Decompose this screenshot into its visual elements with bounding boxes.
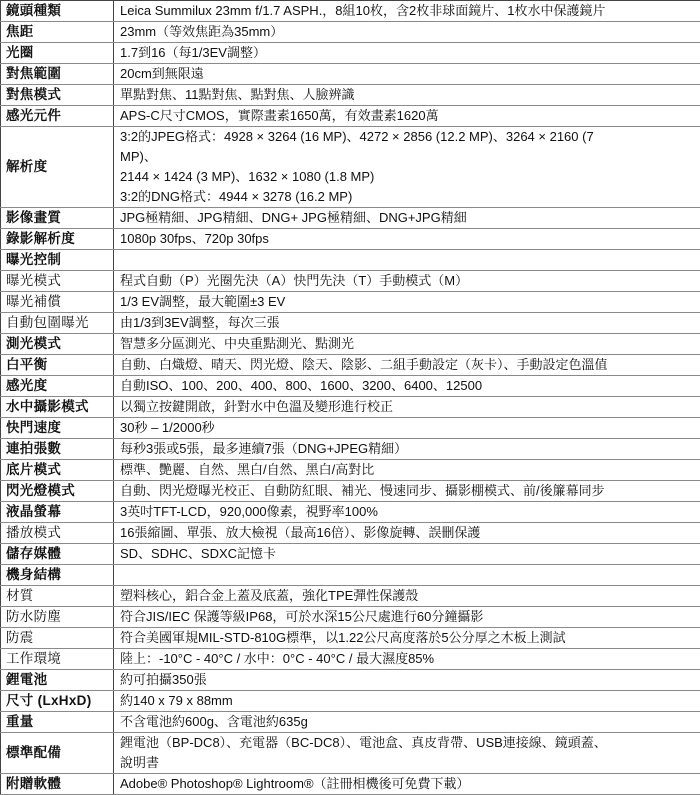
spec-value-line: 1/3 EV調整，最大範圍±3 EV <box>120 292 697 312</box>
spec-value: 符合美國軍規MIL-STD-810G標準，以1.22公尺高度落於5公分厚之木板上… <box>114 628 700 649</box>
spec-value-line: 20cm到無限遠 <box>120 64 697 84</box>
spec-row: 標準配備 鋰電池（BP-DC8）、充電器（BC-DC8）、電池盒、真皮背帶、US… <box>1 733 700 774</box>
spec-value-line: 1080p 30fps、720p 30fps <box>120 229 697 249</box>
spec-label: 液晶螢幕 <box>1 502 114 523</box>
spec-label: 自動包圍曝光 <box>1 313 114 334</box>
spec-row: 感光度 自動ISO、100、200、400、800、1600、3200、6400… <box>1 376 700 397</box>
spec-value: 鋰電池（BP-DC8）、充電器（BC-DC8）、電池盒、真皮背帶、USB連接線、… <box>114 733 700 774</box>
spec-label: 快門速度 <box>1 418 114 439</box>
spec-value-line: 智慧多分區測光、中央重點測光、點測光 <box>120 334 697 354</box>
spec-value-line: 2144 × 1424 (3 MP)、1632 × 1080 (1.8 MP) <box>120 167 697 187</box>
spec-label: 尺寸 (LxHxD) <box>1 691 114 712</box>
spec-row: 對焦模式 單點對焦、11點對焦、點對焦、人臉辨識 <box>1 85 700 106</box>
spec-label: 曝光補償 <box>1 292 114 313</box>
spec-row: 快門速度 30秒 – 1/2000秒 <box>1 418 700 439</box>
spec-row: 影像畫質 JPG極精細、JPG精細、DNG+ JPG極精細、DNG+JPG精細 <box>1 208 700 229</box>
spec-value: 陸上：-10°C - 40°C / 水中：0°C - 40°C / 最大濕度85… <box>114 649 700 670</box>
spec-label: 播放模式 <box>1 523 114 544</box>
spec-row: 鋰電池 約可拍攝350張 <box>1 670 700 691</box>
spec-value-line: 每秒3張或5張，最多連續7張（DNG+JPEG精細） <box>120 439 697 459</box>
spec-row: 曝光補償 1/3 EV調整，最大範圍±3 EV <box>1 292 700 313</box>
spec-value: JPG極精細、JPG精細、DNG+ JPG極精細、DNG+JPG精細 <box>114 208 700 229</box>
spec-row: 儲存媒體 SD、SDHC、SDXC記憶卡 <box>1 544 700 565</box>
spec-value-line: 3英吋TFT-LCD，920,000像素，視野率100% <box>120 502 697 522</box>
spec-value: 不含電池約600g、含電池約635g <box>114 712 700 733</box>
spec-table: 鏡頭種類 Leica Summilux 23mm f/1.7 ASPH.，8組1… <box>0 0 700 777</box>
spec-value: 23mm（等效焦距為35mm） <box>114 22 700 43</box>
spec-label: 標準配備 <box>1 733 114 774</box>
spec-row: 解析度 3:2的JPEG格式：4928 × 3264 (16 MP)、4272 … <box>1 127 700 208</box>
spec-value-line: 自動、閃光燈曝光校正、自動防紅眼、補光、慢速同步、攝影棚模式、前/後簾幕同步 <box>120 481 697 501</box>
spec-row: 播放模式 16張縮圖、單張、放大檢視（最高16倍）、影像旋轉、誤刪保護 <box>1 523 700 544</box>
spec-label: 儲存媒體 <box>1 544 114 565</box>
spec-value-line: 自動、白熾燈、晴天、閃光燈、陰天、陰影、二組手動設定（灰卡）、手動設定色溫值 <box>120 355 697 375</box>
spec-value: 約140 x 79 x 88mm <box>114 691 700 712</box>
spec-value-line: 3:2的JPEG格式：4928 × 3264 (16 MP)、4272 × 28… <box>120 127 697 147</box>
spec-row: 重量 不含電池約600g、含電池約635g <box>1 712 700 733</box>
spec-value: 1/3 EV調整，最大範圍±3 EV <box>114 292 700 313</box>
spec-label: 曝光模式 <box>1 271 114 292</box>
spec-label: 防震 <box>1 628 114 649</box>
spec-label: 工作環境 <box>1 649 114 670</box>
spec-value-line: 程式自動（P）光圈先決（A）快門先決（T）手動模式（M） <box>120 271 697 291</box>
spec-value-line: 由1/3到3EV調整，每次三張 <box>120 313 697 333</box>
spec-row: 尺寸 (LxHxD) 約140 x 79 x 88mm <box>1 691 700 712</box>
spec-row: 自動包圍曝光 由1/3到3EV調整，每次三張 <box>1 313 700 334</box>
spec-value-line: 1.7到16（每1/3EV調整） <box>120 43 697 63</box>
spec-label: 感光度 <box>1 376 114 397</box>
spec-label: 閃光燈模式 <box>1 481 114 502</box>
spec-value: 3英吋TFT-LCD，920,000像素，視野率100% <box>114 502 700 523</box>
spec-row: 連拍張數 每秒3張或5張，最多連續7張（DNG+JPEG精細） <box>1 439 700 460</box>
spec-value-line: 陸上：-10°C - 40°C / 水中：0°C - 40°C / 最大濕度85… <box>120 649 697 669</box>
spec-row: 測光模式 智慧多分區測光、中央重點測光、點測光 <box>1 334 700 355</box>
spec-row: 光圈 1.7到16（每1/3EV調整） <box>1 43 700 64</box>
spec-label: 白平衡 <box>1 355 114 376</box>
spec-value-line: 以獨立按鍵開啟，針對水中色溫及變形進行校正 <box>120 397 697 417</box>
spec-value: 自動、閃光燈曝光校正、自動防紅眼、補光、慢速同步、攝影棚模式、前/後簾幕同步 <box>114 481 700 502</box>
spec-value: 1080p 30fps、720p 30fps <box>114 229 700 250</box>
spec-value: 約可拍攝350張 <box>114 670 700 691</box>
spec-label: 光圈 <box>1 43 114 64</box>
spec-value-line: Leica Summilux 23mm f/1.7 ASPH.，8組10枚，含2… <box>120 1 697 21</box>
spec-row: 曝光模式 程式自動（P）光圈先決（A）快門先決（T）手動模式（M） <box>1 271 700 292</box>
spec-value: 自動ISO、100、200、400、800、1600、3200、6400、125… <box>114 376 700 397</box>
spec-value: Leica Summilux 23mm f/1.7 ASPH.，8組10枚，含2… <box>114 1 700 22</box>
spec-value-line: 不含電池約600g、含電池約635g <box>120 712 697 732</box>
spec-value: 1.7到16（每1/3EV調整） <box>114 43 700 64</box>
spec-row: 焦距 23mm（等效焦距為35mm） <box>1 22 700 43</box>
spec-value: 標準、艷麗、自然、黑白/自然、黑白/高對比 <box>114 460 700 481</box>
spec-row: 水中攝影模式 以獨立按鍵開啟，針對水中色溫及變形進行校正 <box>1 397 700 418</box>
spec-label: 防水防塵 <box>1 607 114 628</box>
spec-value-line: 16張縮圖、單張、放大檢視（最高16倍）、影像旋轉、誤刪保護 <box>120 523 697 543</box>
spec-value: 20cm到無限遠 <box>114 64 700 85</box>
spec-label: 測光模式 <box>1 334 114 355</box>
spec-label: 水中攝影模式 <box>1 397 114 418</box>
spec-label: 鏡頭種類 <box>1 1 114 22</box>
spec-row: 材質 塑料核心，鋁合金上蓋及底蓋，強化TPE彈性保護殼 <box>1 586 700 607</box>
spec-row: 工作環境 陸上：-10°C - 40°C / 水中：0°C - 40°C / 最… <box>1 649 700 670</box>
spec-value: 智慧多分區測光、中央重點測光、點測光 <box>114 334 700 355</box>
spec-value-line: 塑料核心，鋁合金上蓋及底蓋，強化TPE彈性保護殼 <box>120 586 697 606</box>
spec-value-line: SD、SDHC、SDXC記憶卡 <box>120 544 697 564</box>
spec-label: 錄影解析度 <box>1 229 114 250</box>
spec-value-line: 符合美國軍規MIL-STD-810G標準，以1.22公尺高度落於5公分厚之木板上… <box>120 628 697 648</box>
spec-value <box>114 565 700 586</box>
spec-value-line: 約140 x 79 x 88mm <box>120 691 697 711</box>
spec-row: 對焦範圍 20cm到無限遠 <box>1 64 700 85</box>
spec-value-line: 約可拍攝350張 <box>120 670 697 690</box>
spec-row: 感光元件 APS-C尺寸CMOS，實際畫素1650萬，有效畫素1620萬 <box>1 106 700 127</box>
spec-row: 液晶螢幕 3英吋TFT-LCD，920,000像素，視野率100% <box>1 502 700 523</box>
spec-label: 解析度 <box>1 127 114 208</box>
spec-label: 底片模式 <box>1 460 114 481</box>
spec-value: APS-C尺寸CMOS，實際畫素1650萬，有效畫素1620萬 <box>114 106 700 127</box>
spec-value: Adobe® Photoshop® Lightroom®（註冊相機後可免費下載） <box>114 774 700 778</box>
spec-value-line: JPG極精細、JPG精細、DNG+ JPG極精細、DNG+JPG精細 <box>120 208 697 228</box>
spec-row: 附贈軟體 Adobe® Photoshop® Lightroom®（註冊相機後可… <box>1 774 700 778</box>
spec-value: 由1/3到3EV調整，每次三張 <box>114 313 700 334</box>
spec-value-line: 23mm（等效焦距為35mm） <box>120 22 697 42</box>
spec-value <box>114 250 700 271</box>
spec-label: 鋰電池 <box>1 670 114 691</box>
spec-value: 單點對焦、11點對焦、點對焦、人臉辨識 <box>114 85 700 106</box>
spec-value-line: 說明書 <box>120 753 697 773</box>
spec-row: 鏡頭種類 Leica Summilux 23mm f/1.7 ASPH.，8組1… <box>1 1 700 22</box>
spec-label: 焦距 <box>1 22 114 43</box>
spec-value: 以獨立按鍵開啟，針對水中色溫及變形進行校正 <box>114 397 700 418</box>
spec-label: 曝光控制 <box>1 250 114 271</box>
spec-label: 機身結構 <box>1 565 114 586</box>
spec-value: 自動、白熾燈、晴天、閃光燈、陰天、陰影、二組手動設定（灰卡）、手動設定色溫值 <box>114 355 700 376</box>
spec-row: 閃光燈模式 自動、閃光燈曝光校正、自動防紅眼、補光、慢速同步、攝影棚模式、前/後… <box>1 481 700 502</box>
spec-value: 每秒3張或5張，最多連續7張（DNG+JPEG精細） <box>114 439 700 460</box>
spec-row: 防震 符合美國軍規MIL-STD-810G標準，以1.22公尺高度落於5公分厚之… <box>1 628 700 649</box>
spec-label: 感光元件 <box>1 106 114 127</box>
spec-value-line: 3:2的DNG格式：4944 × 3278 (16.2 MP) <box>120 187 697 207</box>
spec-value: 符合JIS/IEC 保護等級IP68，可於水深15公尺處進行60分鐘攝影 <box>114 607 700 628</box>
spec-label: 連拍張數 <box>1 439 114 460</box>
spec-value: 16張縮圖、單張、放大檢視（最高16倍）、影像旋轉、誤刪保護 <box>114 523 700 544</box>
spec-label: 材質 <box>1 586 114 607</box>
spec-value-line: 鋰電池（BP-DC8）、充電器（BC-DC8）、電池盒、真皮背帶、USB連接線、… <box>120 733 697 753</box>
spec-value: 3:2的JPEG格式：4928 × 3264 (16 MP)、4272 × 28… <box>114 127 700 208</box>
spec-row: 曝光控制 <box>1 250 700 271</box>
spec-value-line: 自動ISO、100、200、400、800、1600、3200、6400、125… <box>120 376 697 396</box>
spec-value-line: 30秒 – 1/2000秒 <box>120 418 697 438</box>
spec-row: 底片模式 標準、艷麗、自然、黑白/自然、黑白/高對比 <box>1 460 700 481</box>
spec-label: 附贈軟體 <box>1 774 114 778</box>
spec-label: 對焦模式 <box>1 85 114 106</box>
spec-table-body: 鏡頭種類 Leica Summilux 23mm f/1.7 ASPH.，8組1… <box>1 1 700 778</box>
spec-value-line: 符合JIS/IEC 保護等級IP68，可於水深15公尺處進行60分鐘攝影 <box>120 607 697 627</box>
spec-row: 機身結構 <box>1 565 700 586</box>
spec-row: 錄影解析度 1080p 30fps、720p 30fps <box>1 229 700 250</box>
spec-label: 重量 <box>1 712 114 733</box>
spec-label: 影像畫質 <box>1 208 114 229</box>
spec-value-line: APS-C尺寸CMOS，實際畫素1650萬，有效畫素1620萬 <box>120 106 697 126</box>
spec-value: 塑料核心，鋁合金上蓋及底蓋，強化TPE彈性保護殼 <box>114 586 700 607</box>
spec-value: 程式自動（P）光圈先決（A）快門先決（T）手動模式（M） <box>114 271 700 292</box>
spec-value-line: MP)、 <box>120 147 697 167</box>
spec-row: 白平衡 自動、白熾燈、晴天、閃光燈、陰天、陰影、二組手動設定（灰卡）、手動設定色… <box>1 355 700 376</box>
spec-label: 對焦範圍 <box>1 64 114 85</box>
spec-value-line: 標準、艷麗、自然、黑白/自然、黑白/高對比 <box>120 460 697 480</box>
spec-value: SD、SDHC、SDXC記憶卡 <box>114 544 700 565</box>
spec-row: 防水防塵 符合JIS/IEC 保護等級IP68，可於水深15公尺處進行60分鐘攝… <box>1 607 700 628</box>
spec-value: 30秒 – 1/2000秒 <box>114 418 700 439</box>
spec-value-line: 單點對焦、11點對焦、點對焦、人臉辨識 <box>120 85 697 105</box>
